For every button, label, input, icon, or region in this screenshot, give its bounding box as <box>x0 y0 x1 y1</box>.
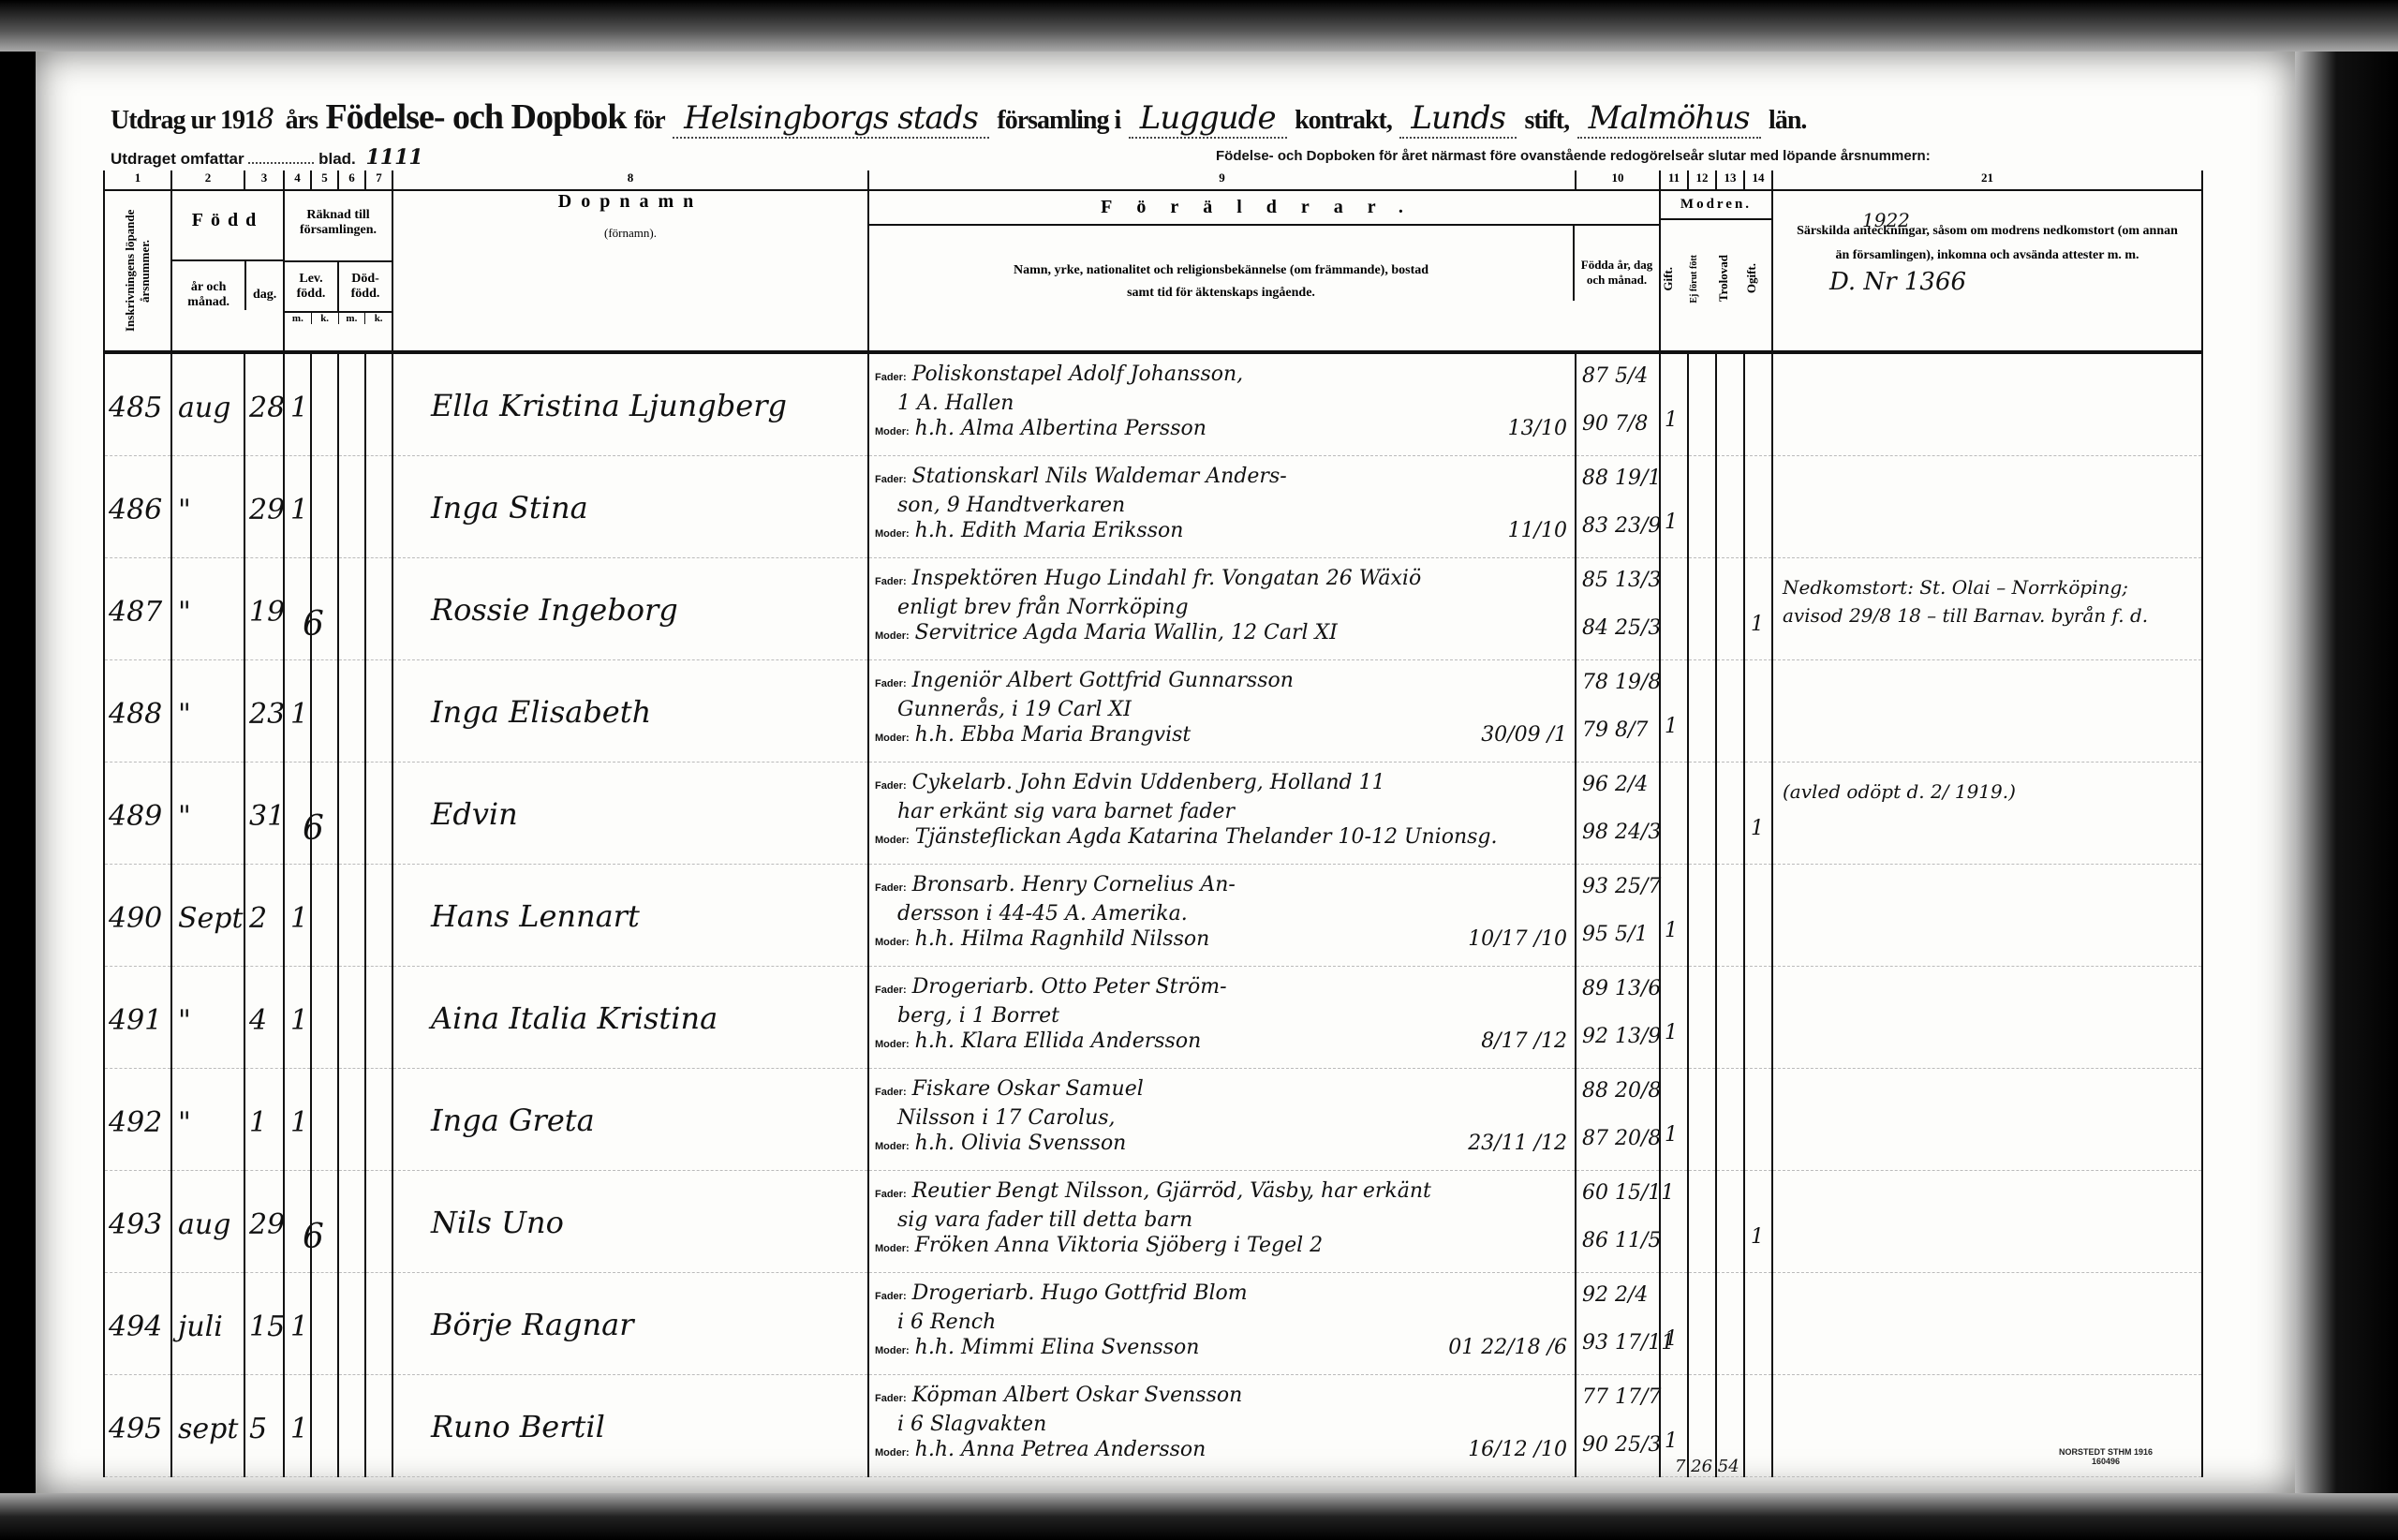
header-dopnamn-title: Dopnamn <box>393 191 867 213</box>
father-birthdate: 88 20/8 <box>1576 1069 1659 1103</box>
header-k2: k. <box>364 313 392 324</box>
baptismal-name: Edvin <box>431 796 518 832</box>
father-birthdate: 96 2/4 <box>1576 763 1659 797</box>
mother-birthdate: 86 11/5 <box>1576 1206 1659 1253</box>
record-number: 489 <box>109 800 162 833</box>
father-info: Poliskonstapel Adolf Johansson, <box>912 363 1244 386</box>
liveborn-mark: 1 <box>290 698 308 731</box>
register-record-row: 489 " 31 6 Edvin Fader:Cykelarb. John Ed… <box>104 763 2202 865</box>
father-birthdate: 87 5/4 <box>1576 354 1659 389</box>
father-line: Fader:Cykelarb. John Edvin Uddenberg, Ho… <box>869 770 1575 799</box>
birth-month: " <box>178 494 191 526</box>
baptismal-name: Nils Uno <box>431 1205 564 1240</box>
birth-day: 31 <box>249 800 285 833</box>
father-info: Fiskare Oskar Samuel <box>912 1077 1144 1101</box>
marriage-date: 8/17 /12 <box>1481 1029 1567 1054</box>
title-lan: län. <box>1769 106 1806 135</box>
mother-birthdate: 90 7/8 <box>1576 389 1659 437</box>
mother-info: Fröken Anna Viktoria Sjöberg i Tegel 2 <box>915 1234 1323 1257</box>
birth-month: sept <box>178 1413 238 1445</box>
birth-day: 19 <box>249 596 285 629</box>
birth-day: 2 <box>249 902 267 935</box>
father-info-continued: i 6 Slagvakten <box>869 1412 1575 1437</box>
record-number: 491 <box>109 1004 162 1037</box>
mother-info: Tjänsteflickan Agda Katarina Thelander 1… <box>915 825 1498 849</box>
mother-gift-mark: 1 <box>1665 1123 1678 1147</box>
mother-line: Moder:h.h. Ebba Maria Brangvist30/09 /1 <box>869 722 1575 751</box>
header-modren: Modren. Gift. Ej förut fött Trolovad Ogi… <box>1660 190 1772 352</box>
header-lopnummer-text: Inskrivningens löpande årsnummer. <box>123 191 153 350</box>
baptismal-name: Hans Lennart <box>431 898 640 934</box>
mother-info: h.h. Olivia Svensson <box>915 1132 1127 1155</box>
register-page: Utdrag ur 1918 års Födelse- och Dopbok f… <box>36 52 2295 1494</box>
baptismal-name: Börje Ragnar <box>431 1307 633 1342</box>
stillborn-k-mark: 6 <box>303 809 324 848</box>
colnum-2: 2 <box>171 170 244 190</box>
record-number: 487 <box>109 596 162 629</box>
moder-label: Moder: <box>875 1141 910 1152</box>
colnum-1: 1 <box>104 170 171 190</box>
mother-line: Moder:h.h. Klara Ellida Andersson8/17 /1… <box>869 1029 1575 1058</box>
scan-top-shadow <box>0 0 2398 52</box>
mother-birthdate: 83 23/9 <box>1576 491 1659 539</box>
birth-day: 28 <box>249 392 285 424</box>
mother-info: h.h. Hilma Ragnhild Nilsson <box>915 927 1210 951</box>
mother-line: Moder:h.h. Alma Albertina Persson13/10 <box>869 416 1575 445</box>
father-info-continued: har erkänt sig vara barnet fader <box>869 799 1575 824</box>
birth-month: " <box>178 800 191 833</box>
father-info: Drogeriarb. Hugo Gottfrid Blom <box>912 1281 1248 1305</box>
mother-gift-mark: 1 <box>1665 919 1678 942</box>
header-fodda: Födda år, dag och månad. <box>1573 226 1659 301</box>
father-info: Reutier Bengt Nilsson, Gjärröd, Väsby, h… <box>912 1179 1431 1203</box>
extract-covers-label: Utdraget omfattar <box>111 150 244 168</box>
moder-label: Moder: <box>875 1345 910 1356</box>
colnum-21: 21 <box>1772 170 2202 190</box>
title-for: för <box>634 106 665 135</box>
header-ej-fortsatt: Ej förut fött <box>1689 255 1717 304</box>
father-line: Fader:Drogeriarb. Otto Peter Ström- <box>869 974 1575 1003</box>
header-sarskilda: Särskilda anteckningar, såsom om modrens… <box>1772 190 2202 352</box>
header-dag: dag. <box>244 261 283 310</box>
mother-gift-mark: 1 <box>1665 1429 1678 1453</box>
stillborn-k-mark: 6 <box>303 1218 324 1256</box>
stillborn-k-mark: 6 <box>303 605 324 644</box>
register-record-row: 491 " 4 1 Aina Italia Kristina Fader:Dro… <box>104 967 2202 1069</box>
mother-gift-mark: 1 <box>1665 511 1678 534</box>
header-lopnummer: Inskrivningens löpande årsnummer. <box>104 190 171 352</box>
marriage-date: 10/17 /10 <box>1468 926 1567 952</box>
father-line: Fader:Bronsarb. Henry Cornelius An- <box>869 872 1575 901</box>
moder-label: Moder: <box>875 426 910 437</box>
blad-value: 1111 <box>366 145 423 170</box>
mother-birthdate: 95 5/1 <box>1576 899 1659 947</box>
father-line: Fader:Fiskare Oskar Samuel <box>869 1076 1575 1105</box>
special-notes: Nedkomstort: St. Olai – Norrköping; avis… <box>1783 573 2195 629</box>
blad-label: blad. <box>318 150 356 168</box>
birth-month: juli <box>178 1310 223 1343</box>
fader-label: Fader: <box>875 882 907 894</box>
father-birthdate: 77 17/7 <box>1576 1375 1659 1410</box>
birth-month: " <box>178 698 191 731</box>
register-record-row: 495 sept 5 1 Runo Bertil Fader:Köpman Al… <box>104 1375 2202 1477</box>
mother-line: Moder:h.h. Mimmi Elina Svensson01 22/18 … <box>869 1335 1575 1364</box>
printer-stamp: NORSTEDT STHM 1916 160496 <box>2059 1447 2153 1466</box>
baptismal-name: Aina Italia Kristina <box>431 1000 718 1036</box>
mother-line: Moder:Fröken Anna Viktoria Sjöberg i Teg… <box>869 1233 1575 1262</box>
scan-right-shadow <box>2295 52 2398 1494</box>
header-dopnamn: Dopnamn (förnamn). <box>392 190 868 352</box>
header-gift: Gift. <box>1661 267 1689 291</box>
moder-label: Moder: <box>875 937 910 948</box>
colnum-9: 9 <box>868 170 1576 190</box>
father-info-continued: Nilsson i 17 Carolus, <box>869 1105 1575 1131</box>
title-prefix: Utdrag ur 191 <box>111 106 257 135</box>
mother-info: h.h. Anna Petrea Andersson <box>915 1438 1206 1461</box>
birth-month: " <box>178 1106 191 1139</box>
father-line: Fader:Poliskonstapel Adolf Johansson, <box>869 362 1575 391</box>
mother-birthdate: 92 13/9 <box>1576 1001 1659 1049</box>
scan-bottom-shadow <box>0 1493 2398 1540</box>
mother-info: Servitrice Agda Maria Wallin, 12 Carl XI <box>915 621 1338 644</box>
kontrakt-name: Luggude <box>1129 99 1287 139</box>
colnum-11: 11 <box>1660 170 1688 190</box>
mother-birthdate: 93 17/11 <box>1576 1308 1659 1355</box>
header-dodfodd: Död-född. <box>337 262 392 311</box>
title-stift: stift, <box>1524 106 1569 135</box>
liveborn-mark: 1 <box>290 1004 308 1037</box>
liveborn-mark: 1 <box>290 902 308 935</box>
father-line: Fader:Drogeriarb. Hugo Gottfrid Blom <box>869 1281 1575 1310</box>
father-info-continued: son, 9 Handtverkaren <box>869 493 1575 518</box>
mother-gift-mark: 1 <box>1665 1021 1678 1044</box>
colnum-10: 10 <box>1576 170 1660 190</box>
liveborn-mark: 1 <box>290 494 308 526</box>
mother-gift-mark: 1 <box>1665 715 1678 738</box>
title-kontrakt: kontrakt, <box>1295 106 1392 135</box>
register-record-row: 485 aug 28 1 Ella Kristina Ljungberg Fad… <box>104 352 2202 456</box>
baptismal-name: Ella Kristina Ljungberg <box>431 388 787 423</box>
fader-label: Fader: <box>875 1189 907 1200</box>
fader-label: Fader: <box>875 780 907 792</box>
father-line: Fader:Köpman Albert Oskar Svensson <box>869 1383 1575 1412</box>
mother-gift-mark: 1 <box>1665 408 1678 432</box>
header-raknad-title: Räknad till församlingen. <box>285 191 392 262</box>
father-info-continued: Gunnerås, i 19 Carl XI <box>869 697 1575 722</box>
header-levfodd: Lev. född. <box>285 262 337 311</box>
stamp-line-2: 160496 <box>2059 1457 2153 1466</box>
header-trolovad: Trolovad <box>1716 255 1744 302</box>
father-birthdate: 92 2/4 <box>1576 1273 1659 1308</box>
marriage-date: 13/10 <box>1508 416 1567 441</box>
fader-label: Fader: <box>875 372 907 383</box>
mother-info: h.h. Mimmi Elina Svensson <box>915 1336 1200 1359</box>
header-raknad: Räknad till församlingen. Lev. född.Död-… <box>284 190 392 352</box>
dnr-value: D. Nr 1366 <box>1773 268 2201 296</box>
header-fodd-title: Född <box>172 191 283 261</box>
mother-birthdate: 84 25/3 <box>1576 593 1659 641</box>
birth-day: 5 <box>249 1413 267 1445</box>
header-ar-manad: år och månad. <box>172 261 244 310</box>
record-number: 494 <box>109 1310 162 1343</box>
record-number: 485 <box>109 392 162 424</box>
liveborn-mark: 1 <box>290 392 308 424</box>
father-birthdate: 93 25/7 <box>1576 865 1659 899</box>
book-title: Födelse- och Dopbok <box>325 97 626 137</box>
record-number: 488 <box>109 698 162 731</box>
mother-info: h.h. Klara Ellida Andersson <box>915 1029 1202 1053</box>
record-number: 486 <box>109 494 162 526</box>
father-info-continued: berg, i 1 Borret <box>869 1003 1575 1029</box>
header-m1: m. <box>285 313 311 324</box>
header-fornamn: (förnamn). <box>393 226 867 241</box>
header-foraldrar-desc-2: samt tid för äktenskaps ingående. <box>869 286 1573 301</box>
father-line: Fader:Inspektören Hugo Lindahl fr. Vonga… <box>869 566 1575 595</box>
mother-birthdate: 90 25/3 <box>1576 1410 1659 1458</box>
register-record-row: 494 juli 15 1 Börje Ragnar Fader:Drogeri… <box>104 1273 2202 1375</box>
baptismal-name: Inga Stina <box>431 490 588 526</box>
mother-birthdate: 87 20/8 <box>1576 1103 1659 1151</box>
mother-info: h.h. Edith Maria Eriksson <box>915 519 1184 542</box>
colnum-6: 6 <box>338 170 365 190</box>
father-info: Cykelarb. John Edvin Uddenberg, Holland … <box>912 771 1385 794</box>
liveborn-mark: 1 <box>290 1413 308 1445</box>
register-record-row: 488 " 23 1 Inga Elisabeth Fader:Ingeniör… <box>104 660 2202 763</box>
father-info: Köpman Albert Oskar Svensson <box>912 1384 1243 1407</box>
colnum-8: 8 <box>392 170 868 190</box>
header-sarskilda-text: Särskilda anteckningar, såsom om modrens… <box>1773 191 2201 268</box>
moder-label: Moder: <box>875 1447 910 1459</box>
column-number-row: 1 2 3 4 5 6 7 8 9 10 11 12 13 14 21 <box>104 170 2202 190</box>
birth-month: aug <box>178 392 230 424</box>
fader-label: Fader: <box>875 1087 907 1098</box>
birth-month: aug <box>178 1208 230 1241</box>
mother-line: Moder:Servitrice Agda Maria Wallin, 12 C… <box>869 620 1575 649</box>
father-info: Drogeriarb. Otto Peter Ström- <box>912 975 1227 999</box>
colnum-13: 13 <box>1716 170 1744 190</box>
father-info-continued: i 6 Rench <box>869 1310 1575 1335</box>
father-birthdate: 85 13/3 <box>1576 558 1659 593</box>
register-table: 1 2 3 4 5 6 7 8 9 10 11 12 13 14 21 Insk… <box>103 170 2203 1477</box>
mother-ogift-mark: 1 <box>1751 817 1764 840</box>
register-record-row: 492 " 1 1 Inga Greta Fader:Fiskare Oskar… <box>104 1069 2202 1171</box>
birth-day: 29 <box>249 494 285 526</box>
extract-covers: Utdraget omfattar blad. 1111 <box>111 145 423 170</box>
lan-name: Malmöhus <box>1577 99 1761 139</box>
marriage-date: 30/09 /1 <box>1481 722 1567 748</box>
colnum-7: 7 <box>365 170 392 190</box>
moder-label: Moder: <box>875 1243 910 1254</box>
special-notes: (avled odöpt d. 2/ 1919.) <box>1783 777 2195 806</box>
register-record-row: 487 " 19 6 Rossie Ingeborg Fader:Inspekt… <box>104 558 2202 660</box>
year-digit: 8 <box>257 103 277 136</box>
fader-label: Fader: <box>875 985 907 996</box>
father-info: Ingeniör Albert Gottfrid Gunnarsson <box>912 669 1294 692</box>
fader-label: Fader: <box>875 576 907 587</box>
marriage-date: 11/10 <box>1508 518 1567 543</box>
birth-month: Sept <box>178 902 244 935</box>
father-info: Inspektören Hugo Lindahl fr. Vongatan 26… <box>912 567 1422 590</box>
father-info-continued: dersson i 44-45 A. Amerika. <box>869 901 1575 926</box>
father-birthdate: 88 19/1 <box>1576 456 1659 491</box>
baptismal-name: Inga Greta <box>431 1103 595 1138</box>
header-fodd: Född år och månad.dag. <box>171 190 284 352</box>
father-info-continued: enligt brev från Norrköping <box>869 595 1575 620</box>
record-number: 495 <box>109 1413 162 1445</box>
marriage-date: 16/12 /10 <box>1468 1437 1567 1462</box>
title-forsamling: församling i <box>997 106 1120 135</box>
moder-label: Moder: <box>875 1039 910 1050</box>
register-rows: 485 aug 28 1 Ella Kristina Ljungberg Fad… <box>104 352 2202 1477</box>
stamp-line-1: NORSTEDT STHM 1916 <box>2059 1447 2153 1457</box>
father-info-continued: sig vara fader till detta barn <box>869 1207 1575 1233</box>
baptismal-name: Inga Elisabeth <box>431 694 651 730</box>
baptismal-name: Rossie Ingeborg <box>431 592 678 628</box>
mother-gift-mark: 1 <box>1665 1327 1678 1351</box>
moder-label: Moder: <box>875 835 910 846</box>
record-number: 490 <box>109 902 162 935</box>
register-record-row: 493 aug 29 6 Nils Uno Fader:Reutier Beng… <box>104 1171 2202 1273</box>
header-k1: k. <box>311 313 338 324</box>
father-birthdate: 60 15/11 <box>1576 1171 1659 1206</box>
colnum-3: 3 <box>244 170 284 190</box>
moder-label: Moder: <box>875 630 910 642</box>
colnum-12: 12 <box>1688 170 1716 190</box>
bottom-note: 7 26 54 <box>1675 1457 1739 1476</box>
fader-label: Fader: <box>875 1393 907 1404</box>
father-info-continued: 1 A. Hallen <box>869 391 1575 416</box>
record-number: 492 <box>109 1106 162 1139</box>
register-record-row: 490 Sept 2 1 Hans Lennart Fader:Bronsarb… <box>104 865 2202 967</box>
moder-label: Moder: <box>875 733 910 744</box>
mother-line: Moder:Tjänsteflickan Agda Katarina Thela… <box>869 824 1575 853</box>
mother-birthdate: 79 8/7 <box>1576 695 1659 743</box>
birth-month: " <box>178 596 191 629</box>
father-birthdate: 78 19/8 <box>1576 660 1659 695</box>
father-line: Fader:Stationskarl Nils Waldemar Anders- <box>869 464 1575 493</box>
mother-line: Moder:h.h. Edith Maria Eriksson11/10 <box>869 518 1575 547</box>
baptismal-name: Runo Bertil <box>431 1409 605 1444</box>
parish-name: Helsingborgs stads <box>673 99 989 139</box>
father-birthdate: 89 13/6 <box>1576 967 1659 1001</box>
father-info: Stationskarl Nils Waldemar Anders- <box>912 465 1287 488</box>
stift-name: Lunds <box>1399 99 1517 139</box>
header-modren-title: Modren. <box>1661 191 1771 220</box>
colnum-5: 5 <box>311 170 338 190</box>
birth-day: 4 <box>249 1004 267 1037</box>
header-m2: m. <box>338 313 365 324</box>
header-ogift: Ogift. <box>1744 263 1772 293</box>
father-line: Fader:Reutier Bengt Nilsson, Gjärröd, Vä… <box>869 1178 1575 1207</box>
colnum-14: 14 <box>1744 170 1772 190</box>
header-foraldrar: Föräldrar. Namn, yrke, nationalitet och … <box>868 190 1660 352</box>
moder-label: Moder: <box>875 528 910 540</box>
father-info: Bronsarb. Henry Cornelius An- <box>912 873 1236 896</box>
liveborn-mark: 1 <box>290 1310 308 1343</box>
father-line: Fader:Ingeniör Albert Gottfrid Gunnarsso… <box>869 668 1575 697</box>
fader-label: Fader: <box>875 474 907 485</box>
birth-month: " <box>178 1004 191 1037</box>
marriage-date: 01 22/18 /6 <box>1448 1335 1567 1360</box>
fader-label: Fader: <box>875 678 907 689</box>
mother-line: Moder:h.h. Olivia Svensson23/11 /12 <box>869 1131 1575 1160</box>
birth-day: 15 <box>249 1310 285 1343</box>
marriage-date: 23/11 /12 <box>1468 1131 1567 1156</box>
mother-birthdate: 98 24/3 <box>1576 797 1659 845</box>
mother-line: Moder:h.h. Hilma Ragnhild Nilsson10/17 /… <box>869 926 1575 955</box>
register-record-row: 486 " 29 1 Inga Stina Fader:Stationskarl… <box>104 456 2202 558</box>
header-foraldrar-title: Föräldrar. <box>869 191 1659 226</box>
mother-ogift-mark: 1 <box>1751 1225 1764 1249</box>
birth-day: 23 <box>249 698 285 731</box>
colnum-4: 4 <box>284 170 311 190</box>
previous-year-note: Födelse- och Dopboken för året närmast f… <box>1216 148 1931 164</box>
fader-label: Fader: <box>875 1291 907 1302</box>
mother-info: h.h. Alma Albertina Persson <box>915 417 1206 440</box>
page-title: Utdrag ur 1918 års Födelse- och Dopbok f… <box>111 96 1806 138</box>
title-ars: års <box>286 106 318 135</box>
birth-day: 1 <box>249 1106 267 1139</box>
mother-ogift-mark: 1 <box>1751 613 1764 636</box>
birth-day: 29 <box>249 1208 285 1241</box>
mother-line: Moder:h.h. Anna Petrea Andersson16/12 /1… <box>869 1437 1575 1466</box>
year-1922-note: 1922 <box>1862 209 1910 231</box>
header-foraldrar-desc-1: Namn, yrke, nationalitet och religionsbe… <box>869 263 1573 278</box>
record-number: 493 <box>109 1208 162 1241</box>
liveborn-mark: 1 <box>290 1106 308 1139</box>
mother-info: h.h. Ebba Maria Brangvist <box>915 723 1192 747</box>
